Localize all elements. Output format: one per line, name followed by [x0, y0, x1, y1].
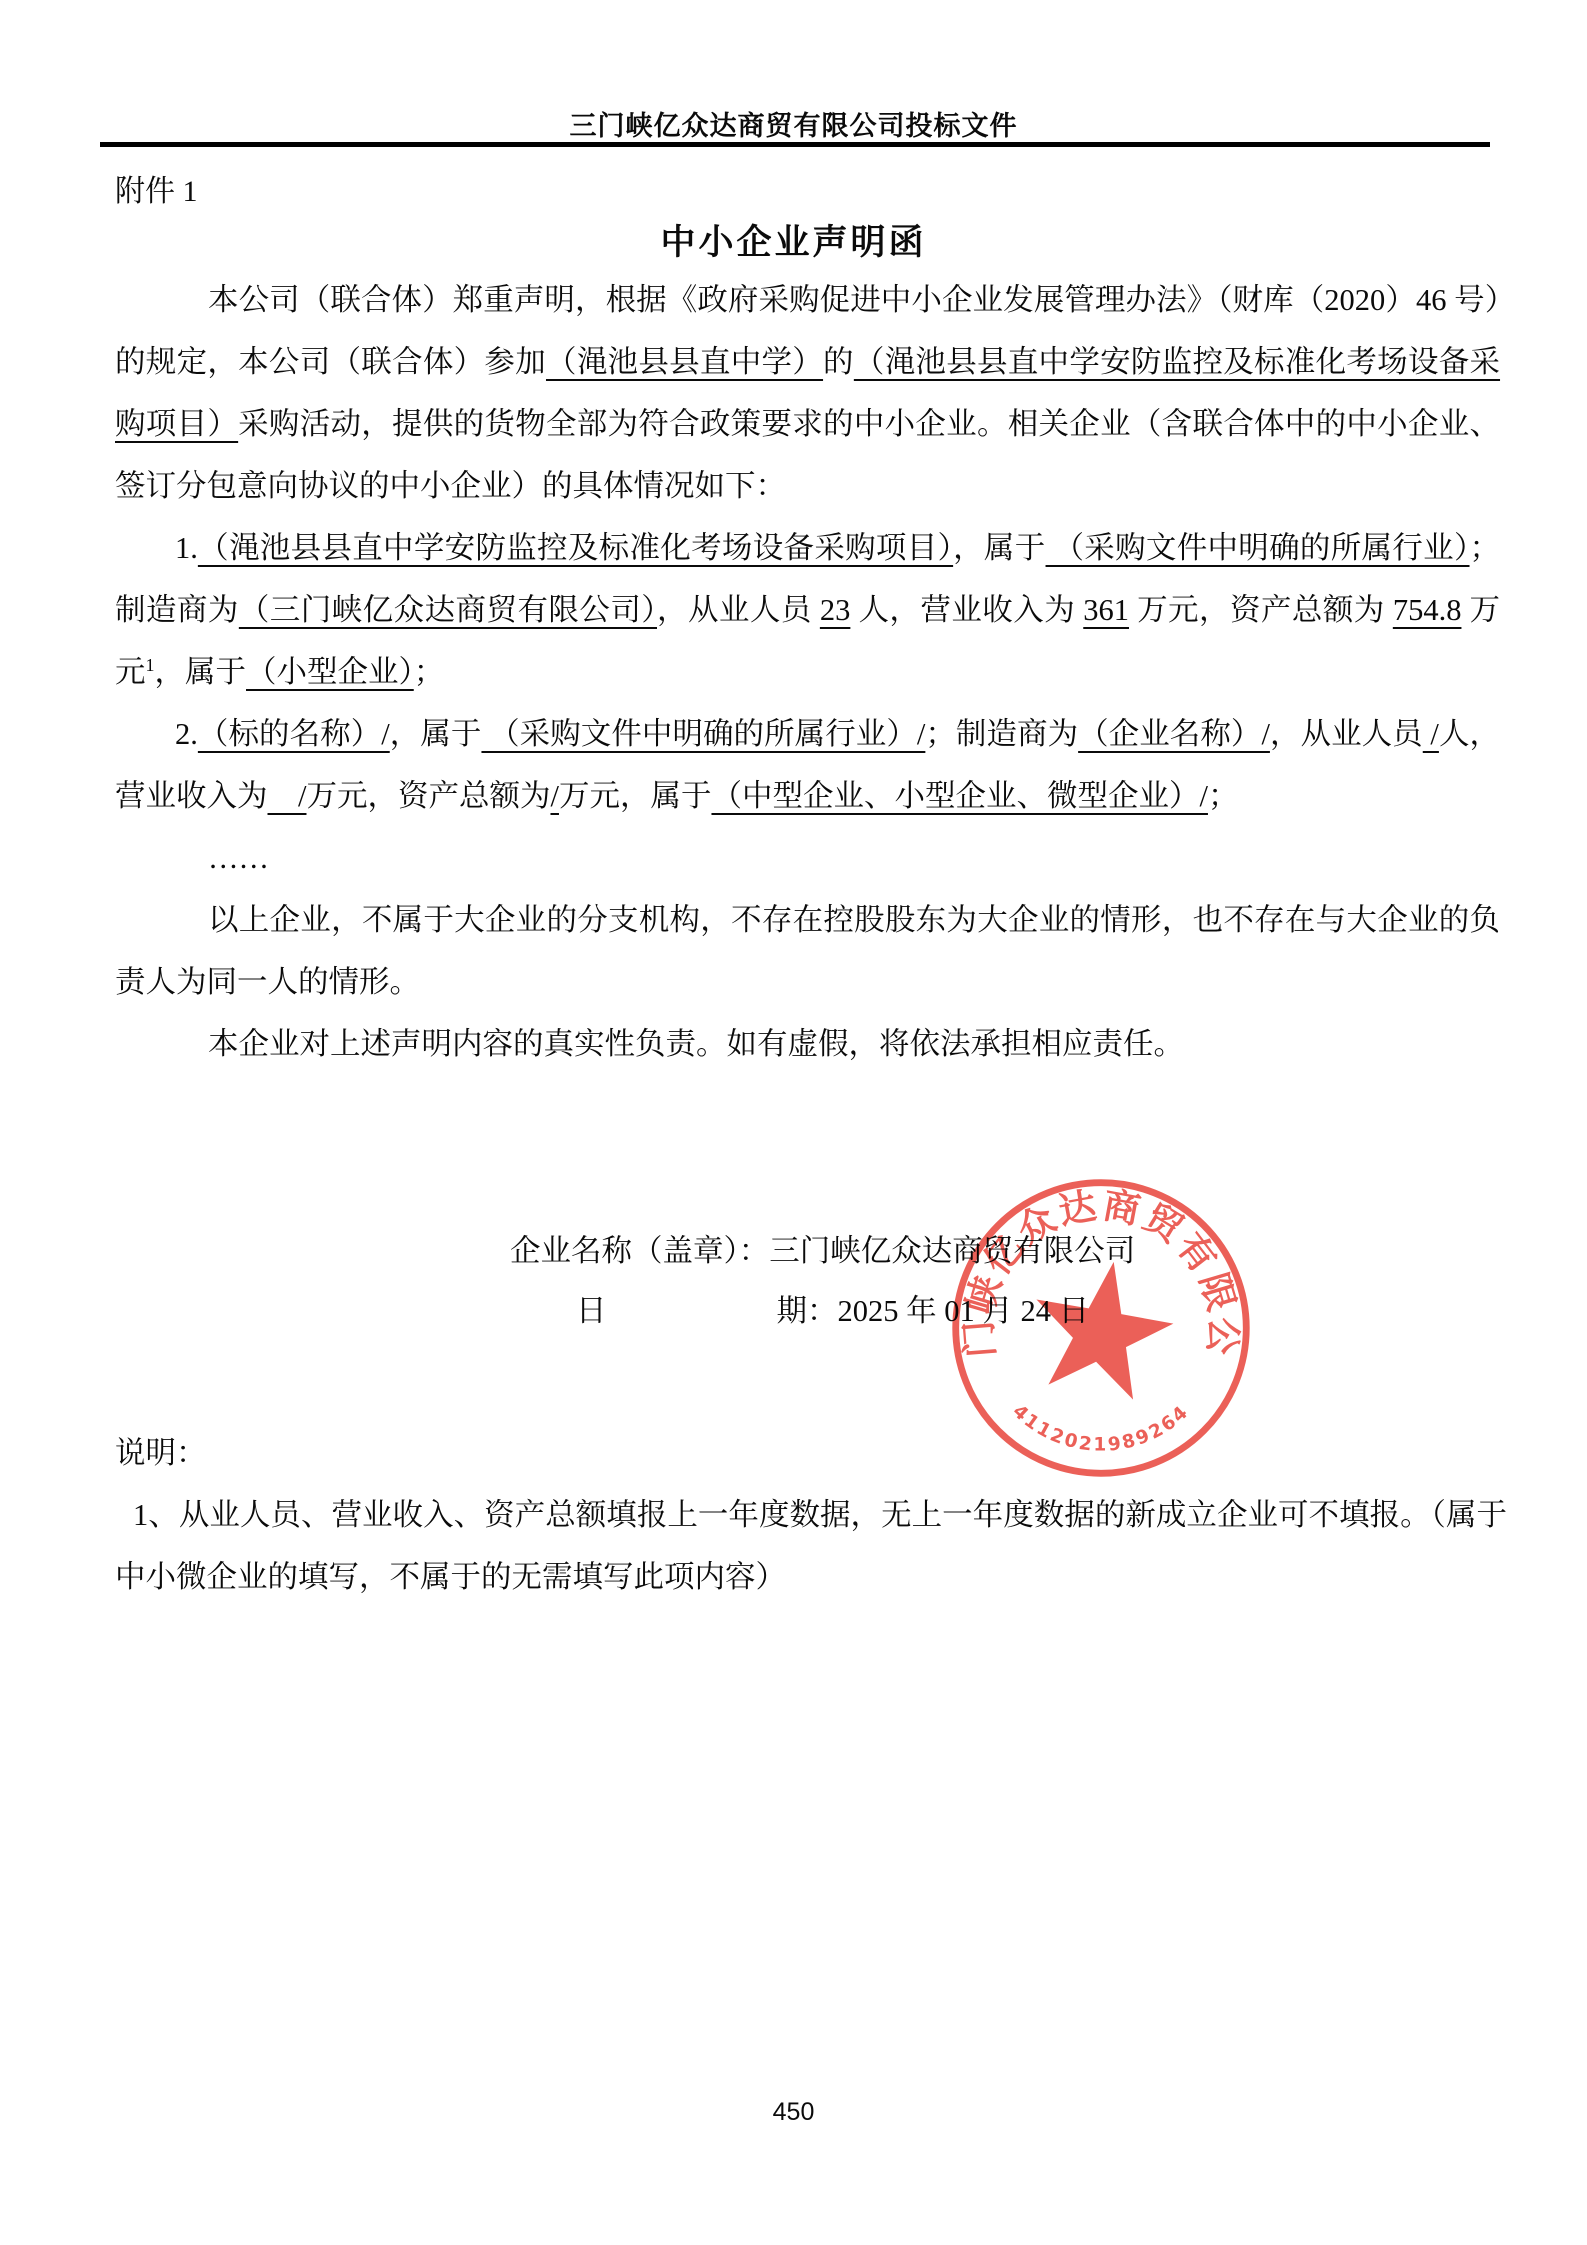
- filled-in-value: /: [550, 779, 558, 813]
- signature-date-line: 日期：2025 年 01 月 24 日: [510, 1281, 1135, 1341]
- paragraph-text: 万元，资产总额为: [1129, 593, 1393, 627]
- paragraph-text: 2.: [175, 717, 198, 751]
- paragraph-text: 万元，属于: [559, 779, 712, 813]
- filled-in-value: 754.8: [1393, 593, 1462, 627]
- signature-date-label-left: 日: [576, 1294, 607, 1328]
- filled-in-value: （采购文件中明确的所属行业）/: [481, 717, 925, 751]
- signature-date-colon: 期：: [777, 1294, 838, 1328]
- filled-in-value: 23: [820, 593, 851, 627]
- filled-in-value: /: [1423, 717, 1439, 751]
- filled-in-value: （渑池县县直中学）: [546, 345, 823, 379]
- signature-date-label-right: 期：2025 年 01 月 24 日: [777, 1294, 1090, 1328]
- paragraph-text: ；制造商为: [925, 717, 1078, 751]
- filled-in-value: （三门峡亿众达商贸有限公司）: [239, 593, 657, 627]
- paragraph-text: 1.: [175, 531, 198, 565]
- paragraph-text: ；: [1208, 779, 1239, 813]
- paragraph: 2.（标的名称）/，属于 （采购文件中明确的所属行业）/；制造商为（企业名称）/…: [115, 703, 1500, 827]
- filled-in-value: （采购文件中明确的所属行业）: [1046, 531, 1470, 565]
- paragraph-text: ，属于: [390, 717, 482, 751]
- paragraph-text: 万元，资产总额为: [306, 779, 550, 813]
- filled-in-value: （中型企业、小型企业、微型企业）/: [711, 779, 1207, 813]
- signature-block: 企业名称（盖章）：三门峡亿众达商贸有限公司 日期：2025 年 01 月 24 …: [510, 1221, 1135, 1341]
- notes-heading: 说明：: [115, 1422, 1507, 1484]
- notes-section: 说明： 1、从业人员、营业收入、资产总额填报上一年度数据，无上一年度数据的新成立…: [115, 1422, 1507, 1608]
- paragraph-text: ，从业人员: [1270, 717, 1423, 751]
- paragraph-text: 的: [823, 345, 854, 379]
- filled-in-value: （小型企业）: [246, 655, 414, 689]
- paragraph: 本企业对上述声明内容的真实性负责。如有虚假，将依法承担相应责任。: [115, 1013, 1500, 1075]
- filled-in-value: （渑池县县直中学安防监控及标准化考场设备采购项目）: [198, 531, 953, 565]
- attachment-label: 附件 1: [115, 166, 198, 210]
- page-header-title: 三门峡亿众达商贸有限公司投标文件: [0, 104, 1587, 143]
- document-title: 中小企业声明函: [0, 215, 1587, 265]
- paragraph: 本公司（联合体）郑重声明，根据《政府采购促进中小企业发展管理办法》（财库（202…: [115, 269, 1500, 517]
- paragraph-text: 1: [146, 655, 155, 675]
- paragraph-text: ，属于: [953, 531, 1045, 565]
- filled-in-value: /: [268, 779, 307, 813]
- paragraph: 1.（渑池县县直中学安防监控及标准化考场设备采购项目），属于 （采购文件中明确的…: [115, 517, 1500, 703]
- filled-in-value: 361: [1083, 593, 1129, 627]
- paragraph-text: 人，营业收入为: [850, 593, 1083, 627]
- signature-company-text: 企业名称（盖章）：三门峡亿众达商贸有限公司: [510, 1234, 1135, 1268]
- paragraph-text: 本企业对上述声明内容的真实性负责。如有虚假，将依法承担相应责任。: [208, 1027, 1184, 1061]
- signature-company-line: 企业名称（盖章）：三门峡亿众达商贸有限公司: [510, 1221, 1135, 1281]
- note-item: 1、从业人员、营业收入、资产总额填报上一年度数据，无上一年度数据的新成立企业可不…: [115, 1484, 1507, 1608]
- paragraph-text: ……: [208, 841, 269, 875]
- paragraph-text: ，属于: [155, 655, 247, 689]
- paragraph-text: ，从业人员: [657, 593, 820, 627]
- filled-in-value: （企业名称）/: [1078, 717, 1270, 751]
- document-page: 三门峡亿众达商贸有限公司投标文件 附件 1 中小企业声明函 本公司（联合体）郑重…: [0, 0, 1587, 2245]
- filled-in-value: （标的名称）/: [198, 717, 390, 751]
- paragraph-text: 采购活动，提供的货物全部为符合政策要求的中小企业。相关企业（含联合体中的中小企业…: [115, 407, 1500, 503]
- page-number: 450: [0, 2098, 1587, 2127]
- signature-date-value: 2025 年 01 月 24 日: [838, 1294, 1090, 1328]
- paragraph: ……: [115, 827, 1500, 889]
- paragraph-text: 以上企业，不属于大企业的分支机构，不存在控股股东为大企业的情形，也不存在与大企业…: [115, 903, 1500, 999]
- document-body: 本公司（联合体）郑重声明，根据《政府采购促进中小企业发展管理办法》（财库（202…: [115, 269, 1500, 1075]
- header-rule: [100, 142, 1490, 147]
- paragraph-text: ；: [414, 655, 445, 689]
- paragraph: 以上企业，不属于大企业的分支机构，不存在控股股东为大企业的情形，也不存在与大企业…: [115, 889, 1500, 1013]
